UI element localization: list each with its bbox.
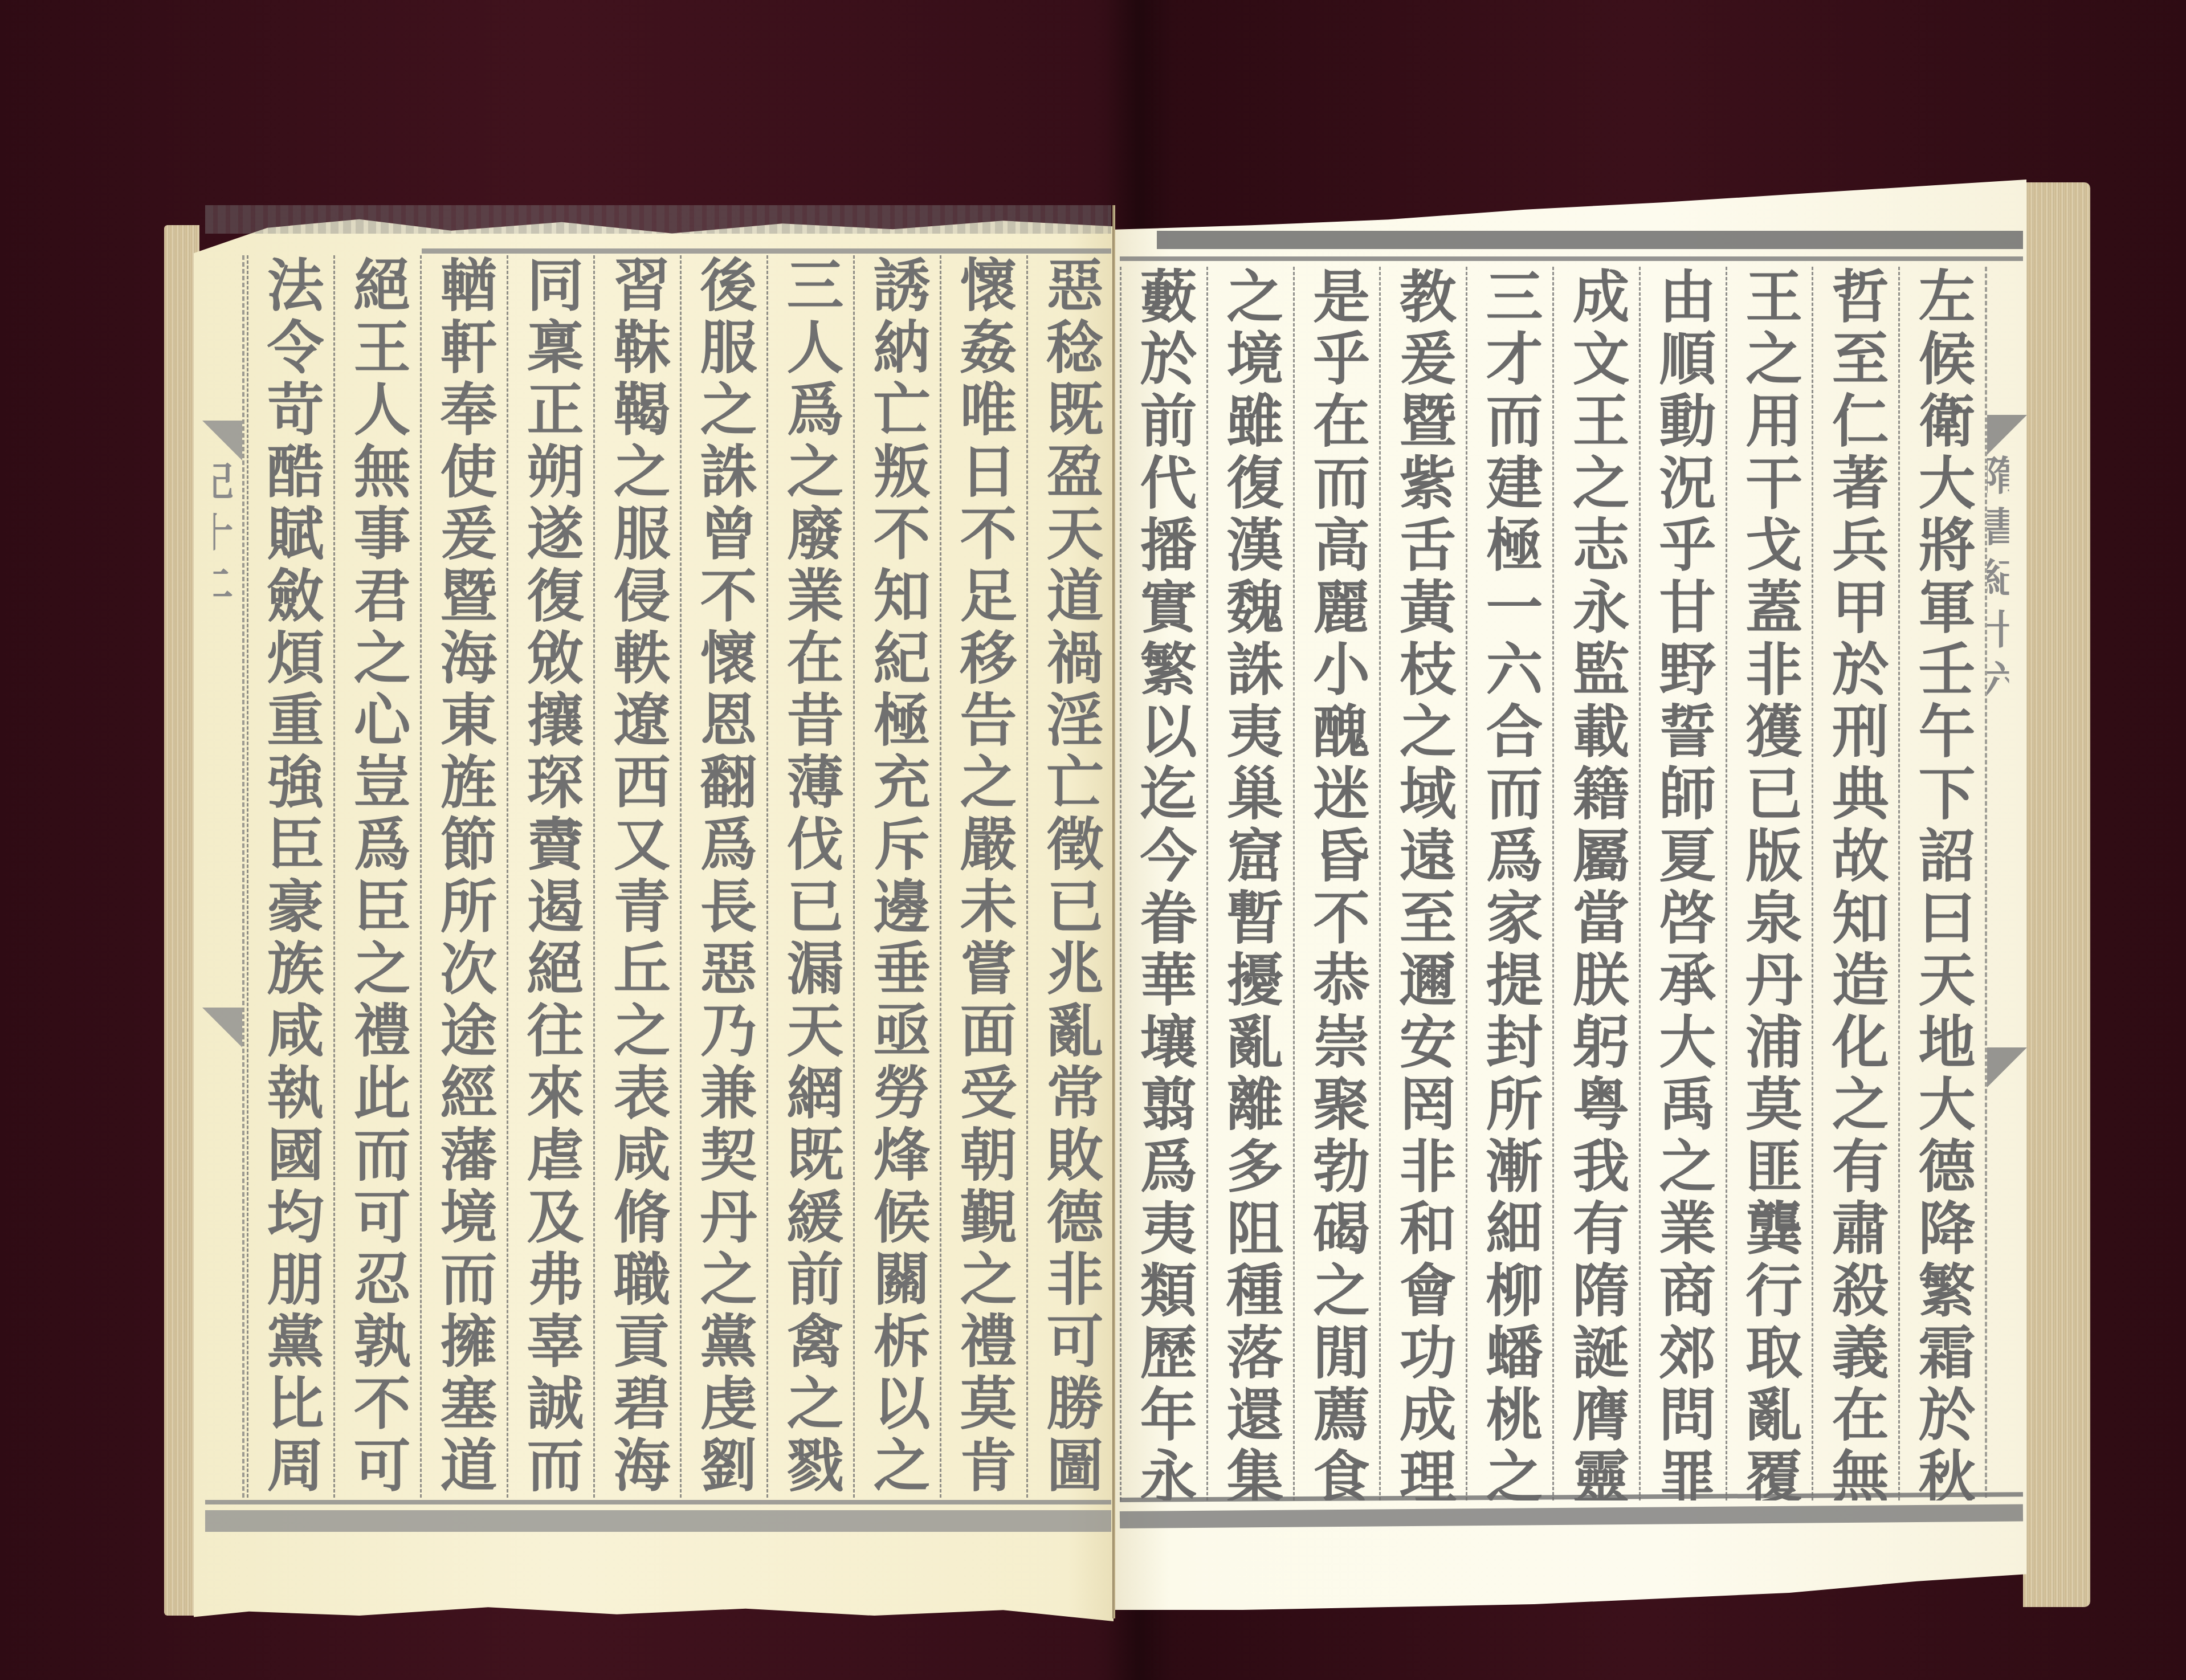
right-fold-column: 隋書紀十六 [1985, 267, 2027, 1498]
left-page-text: 惡稔既盈天道禍淫亡徵已兆亂常敗德非可勝圖掩慝 懷姦唯日不足移告之嚴未嘗面受朝覲之… [242, 255, 1113, 1498]
column-text: 恭崇聚勃碣之閒薦食遼獩 [1294, 950, 1379, 1500]
column-text: 法令苛酷賦斂煩重強臣豪族咸執國均朋黨比周以之 [248, 255, 334, 1498]
fish-tail-mark-icon [1987, 415, 2027, 455]
right-fore-edge [2023, 182, 2090, 1607]
text-column: 輶軒奉使爰暨海東旌節所次途經藩境而擁塞道路拒 [420, 255, 507, 1498]
text-column: 王之用干戈蓋非獲已版泉丹浦莫匪龔行取亂覆昏咸 [1726, 267, 1812, 1500]
text-column: 三人爲之廢業在昔薄伐已漏天網既緩前禽之戮未即 [766, 255, 853, 1498]
fish-tail-mark-icon [202, 421, 242, 460]
text-column: 左候衛大將軍壬午下詔曰天地大德降繁霜於秋令聖 [1898, 267, 1985, 1500]
text-column: 同稟正朔遂復敓攘琛賮遏絕往來虐及弗辜誠而遇禍 [507, 255, 593, 1498]
text-column: 成文王之志永監載籍屬當朕躬粤我有隋誕膺靈命兼 [1552, 267, 1639, 1500]
text-column: 誘納亡叛不知紀極充斥邊垂亟勞烽候關柝以之不靜 [853, 255, 940, 1498]
left-fold-label: 紀十二 [199, 460, 239, 614]
text-column: 三才而建極一六合而爲家提封所漸細柳蟠桃之外聲 [1466, 267, 1552, 1500]
column-text: 三才而建極一六合而爲家提封所漸細柳蟠桃之外聲 [1467, 267, 1552, 1500]
column-text: 輶軒奉使爰暨海東旌節所次途經藩境而擁塞道路拒 [421, 255, 507, 1498]
column-text: 左候衛大將軍壬午下詔曰天地大德降繁霜於秋令聖 [1899, 267, 1985, 1500]
column-text: 藪於前代播實繁以迄今 [1120, 267, 1206, 888]
column-text: 擾亂離多阻種落還集萃川 [1207, 950, 1292, 1500]
left-fold-column: 紀十二 [199, 255, 244, 1498]
column-text: 是乎在而高麗小醜迷昏不 [1294, 267, 1379, 950]
text-column: 惡稔既盈天道禍淫亡徵已兆亂常敗德非可勝圖掩慝 [1026, 255, 1113, 1498]
text-column: 哲至仁著兵甲於刑典故知造化之有肅殺義在無私帝 [1812, 267, 1898, 1500]
fish-tail-mark-icon [1987, 1047, 2027, 1087]
right-page-top-rule [1120, 256, 2023, 261]
text-column: 藪於前代播實繁以迄今眷華壤翦爲夷類歷年永久 [1120, 267, 1206, 1500]
left-page-top-border [205, 205, 1111, 234]
column-text: 由順動況乎甘野誓師夏啓承大禹之業商郊問罪周發 [1639, 267, 1725, 1500]
column-text: 成文王之志永監載籍屬當朕躬粤我有隋誕膺靈命兼 [1553, 267, 1638, 1500]
left-page-bottom-border [205, 1510, 1111, 1532]
text-column: 後服之誅曾不懷恩翻爲長惡乃兼契丹之黨虔劉海戍 [680, 255, 766, 1498]
text-column: 之境雖復漢魏誅夷巢窟暫擾亂離多阻種落還集萃川 [1206, 267, 1293, 1500]
text-column: 絕王人無事君之心豈爲臣之禮此而可忍孰不可容且 [333, 255, 420, 1498]
text-column: 習靺鞨之服侵軼遼西又青丘之表咸脩職貢碧海之濱 [593, 255, 680, 1498]
column-text: 惡稔既盈天道禍淫亡徵已兆亂常敗德非可勝圖掩慝 [1027, 255, 1114, 1498]
column-text: 三人爲之廢業在昔薄伐已漏天網既緩前禽之戮未即 [768, 255, 854, 1498]
text-column: 由順動況乎甘野誓師夏啓承大禹之業商郊問罪周發 [1639, 267, 1726, 1500]
column-text: 哲至仁著兵甲於刑典故知造化之有肅殺義在無私帝 [1813, 267, 1898, 1500]
column-text: 王之用干戈蓋非獲已版泉丹浦莫匪龔行取亂覆昏咸 [1726, 267, 1812, 1500]
text-column: 法令苛酷賦斂煩重強臣豪族咸執國均朋黨比周以之 [247, 255, 333, 1498]
column-text: 絕王人無事君之心豈爲臣之禮此而可忍孰不可容且 [335, 255, 421, 1498]
column-text: 之境雖復漢魏誅夷巢窟暫 [1207, 267, 1292, 950]
text-column: 是乎在而高麗小醜迷昏不恭崇聚勃碣之閒薦食遼獩 [1293, 267, 1380, 1500]
column-text: 後服之誅曾不懷恩翻爲長惡乃兼契丹之黨虔劉海戍 [681, 255, 767, 1498]
right-fold-label: 隋書紀十六 [1987, 455, 2027, 711]
column-text: 同稟正朔遂復敓攘琛賮遏絕往來虐及弗辜誠而遇禍 [508, 255, 594, 1498]
column-text: 誘納亡叛不知紀極充斥邊垂亟勞烽候關柝以之不靜 [854, 255, 940, 1498]
text-column: 教爰暨紫舌黃枝之域遠至邇安罔非和會功成理定於 [1379, 267, 1466, 1500]
column-text: 眷華壤翦爲夷類歷年永久 [1120, 888, 1206, 1500]
right-page-top-border [1157, 231, 2023, 249]
column-text: 教爰暨紫舌黃枝之域遠至邇安罔非和會功成理定於 [1380, 267, 1466, 1500]
column-text: 懷姦唯日不足移告之嚴未嘗面受朝覲之禮莫肯躬親 [941, 255, 1027, 1498]
left-page-top-rule [422, 248, 1111, 254]
fish-tail-mark-icon [202, 1008, 242, 1047]
left-page-bottom-rule [205, 1500, 1111, 1504]
text-column: 懷姦唯日不足移告之嚴未嘗面受朝覲之禮莫肯躬親 [940, 255, 1026, 1498]
column-text: 習靺鞨之服侵軼遼西又青丘之表咸脩職貢碧海之濱 [594, 255, 680, 1498]
right-page-text: 左候衛大將軍壬午下詔曰天地大德降繁霜於秋令聖 哲至仁著兵甲於刑典故知造化之有肅殺… [1120, 267, 1985, 1500]
